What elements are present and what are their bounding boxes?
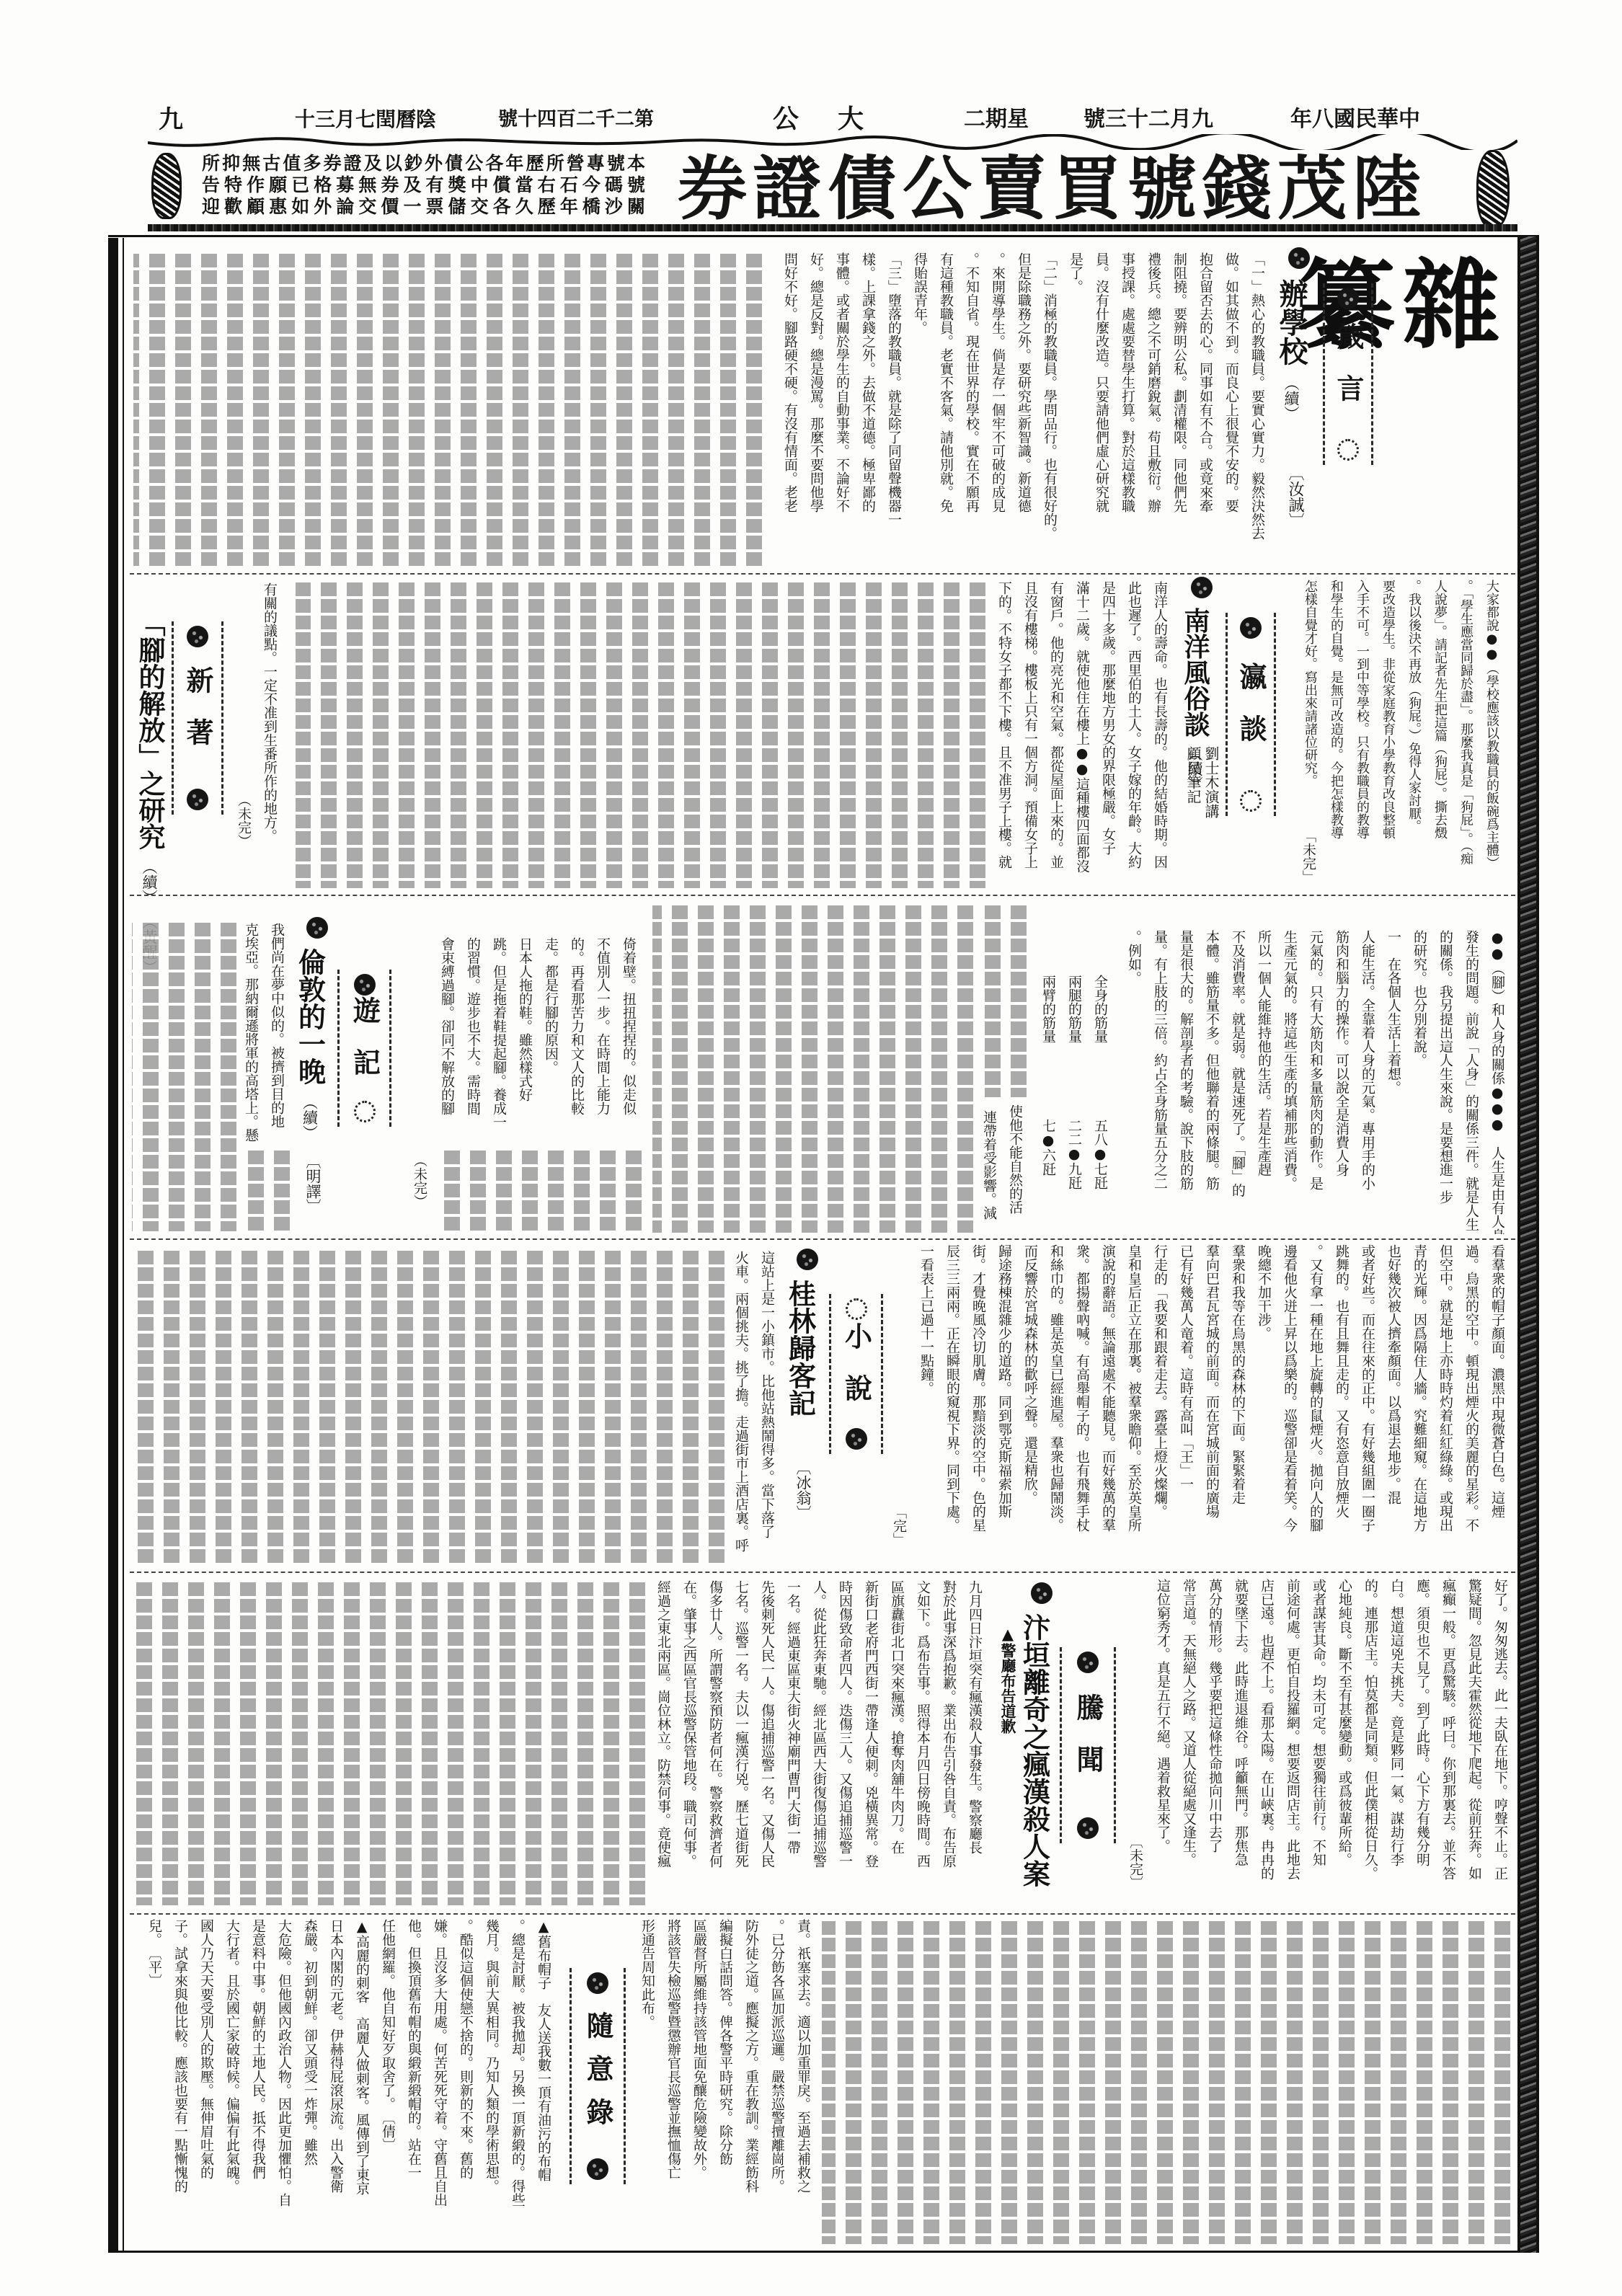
text-column: 好了。匆匆逃去。此一夫臥在地下。哼聲不止。正	[1487, 1579, 1513, 1909]
article-body-bianyuan-continued: 責。祇塞求去。適以加重罪戾。至過去補救之 。已分飭各區加派巡邏。嚴禁巡警擅離崗所…	[634, 1919, 816, 2245]
text-column: 的關係。我另提出這人生來說。是要想進一步	[1432, 930, 1458, 1234]
ring-ornament-icon	[846, 1298, 867, 1320]
text-column: 九月四日汴垣突有瘋漢殺人事發生。警察廳長	[962, 1580, 988, 1906]
news-subhead: ▲警廳布告道歉	[998, 1626, 1018, 1734]
text-column: 在。肇事之西區官長巡警保管地段。職司何事。	[676, 1580, 702, 1906]
illegible-text-block	[133, 254, 762, 567]
text-column: 傷多廿人。所謂警察預防者何在。警察救濟者何	[702, 1580, 728, 1906]
text-column: 量。有上肢的三倍。約占全身筋量五分之二	[1147, 930, 1173, 1234]
article-body-banxuexiao: 「一」熱心的教職員。要實心實力。毅然決然去 做。如其做不到。而良心上很覺不安的。…	[768, 252, 1270, 569]
table-label: 兩臂的筋量	[1035, 975, 1061, 1061]
column-header-label: 遊記	[349, 996, 381, 1100]
news-headline: 汴垣離奇之瘋漢殺人案	[1019, 1582, 1052, 1907]
roundel-ornament-icon	[846, 1428, 867, 1450]
column-header-xinzhu: 新著	[172, 621, 223, 815]
table-value-text: 五八●七瓩	[1087, 1119, 1113, 1205]
text-column: ●●（腳）和人身的關係●●● 人生是由有人身纔	[1484, 930, 1510, 1234]
text-column: 七名。巡警一名。夫以一瘋漢行兇。歷七道街死	[728, 1580, 754, 1906]
text-column: 森嚴。初到朝鮮。卻又頭受一炸彈。雖然	[297, 1919, 323, 2245]
text-fragment: 使他不能自然的活	[1002, 1104, 1028, 1234]
end-mark: （未完）	[231, 793, 257, 858]
table-label: 全身的筋量	[1087, 975, 1113, 1061]
table-value: 五八●七瓩	[1087, 1119, 1113, 1205]
text-column: 萬分的情形。幾乎要把這條性命拋向川中去了	[1202, 1579, 1228, 1909]
text-column: 元氣的。只有大筋肉和多量筋肉的動作。是	[1303, 930, 1329, 1234]
table-label-text: 兩腿的筋量	[1061, 975, 1087, 1061]
text-column: 不及消費率。就是弱。就是速死了。「腳」的	[1225, 930, 1251, 1234]
text-column: 走。都是行腳的原因。	[538, 937, 564, 1146]
frame-top-rule	[108, 235, 1539, 237]
illegible-text-block	[238, 1151, 290, 1231]
text-column: 滿十二歲。就使他住在樓上●●這種樓四面都沒	[1069, 581, 1095, 891]
table-value-text: 二二●九瓩	[1061, 1119, 1087, 1205]
text-column: 國人乃天天要受別人的欺壓。無伸眉吐氣的	[193, 1919, 219, 2245]
text-column: 。已分飭各區加派巡邏。嚴禁巡警擅離崗所。	[764, 1919, 790, 2245]
illegible-text-block	[296, 582, 985, 888]
text-column: 嫌。且沒多大用處。何苦死死守着。守舊且自出	[427, 1919, 453, 2245]
article-author: 〔明譯〕	[300, 1153, 326, 1214]
text-column: 就要墜下去。此時進退維谷。呼籲無門。那焦急	[1228, 1579, 1254, 1909]
text-column: 一名。經過東區東大街火神廟門曹門大街一帶	[780, 1580, 806, 1906]
text-column: 。不知自省。現在世界的學校。實在不願再	[959, 252, 985, 569]
article-body-nanyang: 南洋人的壽命。也有長壽的。他的結婚時期。因 此也遲了。西里伯的土人。女子嫁的年齡…	[991, 581, 1173, 891]
illegible-text-block	[652, 905, 973, 1233]
text-column: 員。沒有什麼改造。只要請他們虛心研究就	[1089, 252, 1114, 569]
flourish-ornament-icon	[151, 153, 182, 219]
text-column: 人說夢」。請記者先生把這篇（狗屁）。撕去燬	[1427, 580, 1453, 892]
column-header-xiaoshuo: 小說	[829, 1294, 883, 1454]
roundel-ornament-icon	[187, 789, 208, 810]
text-column: 我們尚在夢中似的。被擠到目的地	[264, 923, 290, 1146]
text-column: 是四十多歲。那麼地方男女的界限極嚴。女子	[1095, 581, 1121, 891]
end-mark-text: （未完）	[231, 793, 257, 858]
column-header-zhenyan: 箴言	[1323, 283, 1373, 465]
text-column: 。總是討厭。被我拋却。另換一頂新緞的。得些	[505, 1919, 531, 2245]
band-divider	[130, 1572, 1515, 1573]
text-column: 日本人拖的鞋。雖然樣式好	[512, 937, 538, 1146]
text-column: 或者謀害其命。均未可定。想要獨往前行。不知	[1306, 1579, 1331, 1909]
text-column: 日本內閣的元老。伊赫得屁滾尿流。出入警衛	[323, 1919, 349, 2245]
article-body-lundun-continued: 看羣衆的帽子顏面。濃黑中現微蒼白色。這煙 過。烏黑的空中。頓現出煙火的美麗的星彩…	[912, 1244, 1510, 1567]
roundel-ornament-icon	[1031, 1582, 1052, 1604]
text-column: 防外徒之道。應擬之方。重在教訓。業經飭科	[738, 1919, 764, 2245]
article-body-guilin-opening: 這站上是一小鎮市。比他站熱鬧得多。當下落了 火車。兩個挑夫。挑了擔。走過街市上酒…	[728, 1251, 780, 1565]
article-byline-nanyang: 劉士木演講 顧民筆記	[1182, 746, 1220, 869]
text-column: 他。但換頂舊布帽的與緞新緞帽的。站在一	[401, 1919, 427, 2245]
illegible-text-block	[434, 1151, 642, 1231]
text-column: 新街口老府門西街一帶逢人便刺。兇橫異常。登	[858, 1580, 884, 1906]
end-mark: 「未完」	[1295, 829, 1321, 890]
article-title: 桂林歸客記	[784, 1280, 816, 1417]
roundel-ornament-icon	[1240, 617, 1262, 639]
illegible-text-block	[822, 1921, 1510, 2244]
text-column: 常言道。天無絕人之路。又道人從絕處又逢生。	[1176, 1579, 1202, 1909]
text-column: 文如下。爲布告事。照得本月四日傍晚時間。西	[910, 1580, 936, 1906]
text-column: 好。總是反對。總是漫罵。那麼不要問他學	[803, 252, 829, 569]
dateline-republic-year: 中華民國八年	[1272, 105, 1420, 134]
roundel-ornament-icon	[587, 1972, 608, 1994]
band-divider	[130, 895, 1515, 896]
text-column: 皇和皇后正立在那裏。被羣衆瞻仰。至於英皇所	[1121, 1244, 1147, 1567]
dateline-issue-number: 第二千二百四十號	[484, 105, 654, 134]
text-column: 對於此事深爲抱歉。業出布告引咎自責。布告原	[936, 1580, 962, 1906]
text-column: 應。須臾也不見了。到了此時。心下方有幾分明	[1409, 1579, 1435, 1909]
flourish-ornament-icon	[1476, 150, 1510, 228]
text-column: 本體。雖筋量不多。但他聯着的兩條腿。筋	[1199, 930, 1225, 1234]
advert-line: 關沙橋年歷久各交儲票一價交論外如惠顧歡迎	[202, 196, 645, 218]
dateline-date: 九月二十三號	[1065, 105, 1213, 134]
band-divider	[130, 1913, 1515, 1915]
text-column: 心地純良。斷不至有甚麼變動。或爲彼輩所給。	[1331, 1579, 1357, 1909]
text-column: 南洋人的壽命。也有長壽的。他的結婚時期。因	[1147, 581, 1173, 891]
text-column: 經過之東北兩區。崗位林立。防禁何事。竟使瘋	[650, 1580, 676, 1906]
column-header-label: 新著	[182, 666, 213, 770]
text-column: 入手不可。一到中等學校。只有教職員的教導	[1349, 580, 1375, 892]
text-column: 瘋癲一般。更爲驚駭。呼曰。你到那裏去。並不答	[1435, 1579, 1461, 1909]
band-divider	[130, 1238, 1515, 1240]
table-value-text: 七●六瓩	[1035, 1119, 1061, 1205]
advert-title: 陸茂錢號買賣公債證券	[674, 147, 1427, 231]
article-title: 倫敦的一晚	[294, 948, 326, 1085]
text-column: 幾月。與前大異相同。乃知人類的學術思想。	[479, 1919, 505, 2245]
text-column: 羣衆和我等在烏黑的森林的下面。緊緊着走	[1225, 1244, 1251, 1567]
text-column: 時因傷致命者四人。迭傷三人。又傷追捕巡警一	[832, 1580, 858, 1906]
article-body-jiao: ●●（腳）和人身的關係●●● 人生是由有人身纔 發生的問題。前說「人身」的關係三…	[1121, 930, 1510, 1234]
end-mark-text: （未完）	[407, 1153, 433, 1225]
text-column: 街。才覺晚風冷切肌膚。那黯淡的空中。色的星	[965, 1244, 991, 1567]
frame-right-decorative-border	[1517, 236, 1539, 2253]
advert-bottom-band	[148, 224, 1517, 231]
table-label-text: 全身的筋量	[1087, 975, 1113, 1061]
column-header-label: 瀛談	[1235, 662, 1267, 766]
text-column: 先後刺死人民一人。傷追捕巡警一名。又傷人民	[754, 1580, 780, 1906]
text-column: 量是很大的。解剖學者的考驗。說下肢的筋	[1173, 930, 1199, 1234]
text-column: 歸途務棟混雜少的道路。同到鄂克斯福索加斯	[991, 1244, 1017, 1567]
text-column: 「三」墮落的教職員。就是除了同留聲機器一	[881, 252, 907, 569]
text-column: 筋肉和腦力的操作。可以說全是消費人身	[1329, 930, 1355, 1234]
text-column: 。「學生應當同歸於盡」。那麼我真是「狗屁」。（痴	[1453, 580, 1479, 892]
text-column: 要改造學生。非從家庭教育小學教育改良整頓	[1375, 580, 1401, 892]
article-title: 辦學校	[1275, 279, 1308, 365]
column-header-label: 箴言	[1332, 322, 1364, 426]
text-column: 得貽誤青年。	[907, 252, 933, 569]
text-column: 人能生活。全靠着人身的元氣。專用手的小	[1355, 930, 1381, 1234]
illegible-text-block	[976, 905, 1027, 1097]
text-column: 。我以後決不再放（狗屁。）免得人家討厭。	[1401, 580, 1427, 892]
article-body-bianyuan: 九月四日汴垣突有瘋漢殺人事發生。警察廳長 對於此事深爲抱歉。業出布告引咎自責。布…	[649, 1580, 988, 1906]
text-column: 。來開導學生。倘是存一個牢不可破的成見	[985, 252, 1011, 569]
text-column: 這站上是一小鎮市。比他站熱鬧得多。當下落了	[754, 1251, 780, 1565]
table-value: 二二●九瓩	[1061, 1119, 1087, 1205]
text-column: 晚總不加干涉。	[1251, 1244, 1277, 1567]
text-column: 使他不能自然的活	[1002, 1104, 1028, 1234]
text-column: 大危險。但他國內政治人物。因此更加懼怕。自	[271, 1919, 297, 2245]
column-header-tengwen: 騰聞	[1060, 1647, 1116, 1843]
text-column: 跳。但是拖着鞋提起腳。養成一	[486, 937, 512, 1146]
text-column: ▲高麗的刺客 高麗人做刺客。風傳到了東京	[349, 1919, 375, 2245]
table-label-text: 兩臂的筋量	[1035, 975, 1061, 1061]
paper-name-char-2: 公	[773, 105, 799, 134]
column-header-label: 小說	[841, 1322, 872, 1426]
roundel-ornament-icon	[1077, 1817, 1099, 1839]
text-column: 驚疑間。忽見此夫霍然從地下爬起。從前狂奔。如	[1461, 1579, 1487, 1909]
frame-left-border	[108, 238, 118, 2253]
roundel-ornament-icon	[306, 917, 328, 939]
text-column: 的研究。也分別着說。	[1406, 930, 1432, 1234]
text-column: 而反響於宮城森林的歡呼之聲。還是精欣。	[1017, 1244, 1043, 1567]
speaker-name: 劉士木演講	[1202, 746, 1220, 869]
frame-bottom-rule	[108, 2251, 1539, 2253]
article-title-guilin: 桂林歸客記	[788, 1249, 818, 1422]
article-ending-jiao: 倚着壁。扭扭捏捏的。似走似 不值別人一步。在時間上能力 的。再看那苦力和文人的比…	[434, 937, 642, 1146]
text-column: 的。再看那苦力和文人的比較	[564, 937, 590, 1146]
roundel-ornament-icon	[354, 974, 376, 996]
text-column: 編擬白話問答。俾各警平時研究。除分飭	[712, 1919, 738, 2245]
text-column: 店已遠。也趕不上。看那太陽。在山峽裏。冉冉的	[1254, 1579, 1280, 1909]
text-column: ▲舊布帽子 友人送我數一頂有油污的布帽	[531, 1919, 557, 2245]
illegible-text-block	[132, 1582, 645, 1905]
text-column: 形通告周知此布。	[634, 1919, 660, 2245]
end-mark: 「完」	[886, 1505, 912, 1563]
continued-label: （續）	[1282, 376, 1300, 421]
frame-left-thin-rule	[123, 238, 124, 2253]
text-column: 且沒有樓梯。樓板上只有一個方洞。預備女子上	[1017, 581, 1043, 891]
text-column: 不值別人一步。在時間上能力	[590, 937, 616, 1146]
text-column: 但是除職務之外。要研究些新智識。新道德	[1011, 252, 1037, 569]
article-body-guilin-continued: 好了。匆匆逃去。此一夫臥在地下。哼聲不止。正 驚疑間。忽見此夫霍然從地下爬起。從…	[1150, 1579, 1513, 1909]
advert-line: 本號專營所歷年各公債外鈔以及證券多值古無抑所	[202, 153, 645, 174]
text-column: 制阻撓。要辨明公私。劃清權限。同他們先	[1166, 252, 1192, 569]
text-column: 火車。兩個挑夫。挑了擔。走過街市上酒店裏。呼	[728, 1251, 754, 1565]
text-column: 所以一個人能維持他的生活。若是生產趕	[1251, 930, 1277, 1234]
dateline-weekday: 星期二	[953, 105, 1029, 134]
text-column: 看羣衆的帽子顏面。濃黑中現微蒼白色。這煙	[1484, 1244, 1510, 1567]
text-column: 前途何處。更怕自投羅網。想要返問店主。此地去	[1280, 1579, 1306, 1909]
text-column: 有關的議點。一定不准到生番所作的地方。	[257, 582, 283, 889]
text-fragment: 連帶着受影響。減	[976, 1110, 1002, 1234]
text-column: 一看表上已過十一點鐘。	[913, 1244, 939, 1567]
text-column: 行走的「我要和跟着走去。露臺上燈火燦爛。	[1147, 1244, 1173, 1567]
article-tail-nanyang: 有關的議點。一定不准到生番所作的地方。	[257, 582, 283, 889]
recorder-name: 顧民筆記	[1184, 746, 1202, 869]
roundel-ornament-icon	[1191, 577, 1213, 598]
text-column: 或者好些。而在往來的正中。有好幾組圍一圈子	[1355, 1244, 1381, 1567]
article-body-lundun-opening: 我們尚在夢中似的。被擠到目的地 克埃亞。那納爾遜將軍的高塔上。懸	[238, 923, 290, 1146]
paper-name-char-1: 大	[838, 105, 864, 134]
text-column: 有窗戶。他的亮光和空氣。都從屋面上來的。並	[1043, 581, 1069, 891]
dateline-lunar-date: 陰曆閏七月三十	[260, 105, 436, 134]
table-label: 兩腿的筋量	[1061, 975, 1087, 1061]
roundel-ornament-icon	[797, 1249, 818, 1270]
article-body-suiyilu: ▲舊布帽子 友人送我數一頂有油污的布帽 。總是討厭。被我拋却。另換一頂新緞的。得…	[141, 1919, 557, 2245]
text-column: 做。如其做不到。而良心上很覺不安的。要	[1218, 252, 1244, 569]
text-column: 子。試拿來與他比較。應該也要有一點慚愧的	[167, 1919, 193, 2245]
text-column: 過。烏黑的空中。頓現出煙火的美麗的星彩。不	[1458, 1244, 1484, 1567]
ring-ornament-icon	[1240, 790, 1262, 812]
text-column: 和絲巾的。雖是英皇已經進屋。羣衆也歸鬧淡。	[1043, 1244, 1069, 1567]
text-column: 抱合留否去的心。同事如有不合。或竟來牽	[1192, 252, 1218, 569]
roundel-ornament-icon	[187, 626, 208, 647]
text-column: 白。想道這兇夫挑夫。竟是夥同一氣。謀劫行李	[1383, 1579, 1409, 1909]
article-title: 南洋風俗談	[1180, 608, 1210, 737]
text-column: 會束縛過腳。卻同不解放的腳	[434, 937, 460, 1146]
text-column: 區嚴督所屬維持該管地面免釀危險變故外。	[686, 1919, 712, 2245]
article-author: 〔汝誠〕	[1282, 465, 1308, 528]
text-column: 有這種教職員。老實不客氣。請他別就。免	[933, 252, 959, 569]
column-header-yingtan: 瀛談	[1226, 613, 1276, 816]
ring-ornament-icon	[354, 1101, 376, 1122]
column-header-youji: 遊記	[337, 970, 391, 1127]
text-column: 跳舞的。也有且舞且走的。又有恣意自放煙火	[1329, 1244, 1355, 1567]
section-title: 雜纂	[1391, 254, 1496, 542]
text-column: 人。從此狂奔東馳。經北區西大街復傷追捕巡警	[806, 1580, 832, 1906]
column-header-label: 隨意錄	[582, 2011, 613, 2141]
roundel-ornament-icon	[587, 2158, 608, 2180]
text-column: 區旗纛街北口突來瘋漢。搶奪肉舖牛肉刀。在	[884, 1580, 910, 1906]
article-body-zhenyan: 大家都說●●（學校應該以教職員的飯碗爲主體） 。「學生應當同歸於盡」。那麼我真是…	[1294, 580, 1504, 892]
text-column: 責。祇塞求去。適以加重罪戾。至過去補救之	[790, 1919, 816, 2245]
text-column: 是了。	[1063, 252, 1089, 569]
text-column: 。又有拿一種在地上旋轉的鼠煙火。拋向人的腳	[1303, 1244, 1329, 1567]
headline-text: 汴垣離奇之瘋漢殺人案	[1019, 1613, 1050, 1887]
text-column: 邊看他火迸上昇以爲樂的。巡警卻是看着笑。今	[1277, 1244, 1303, 1567]
text-column: 大家都說●●（學校應該以教職員的飯碗爲主體）	[1479, 580, 1504, 892]
text-column: 。酷似這個使戀不捨的。則新的不來。舊的	[453, 1919, 479, 2245]
text-column: 禮後兵。總之不可銷磨銳氣。苟且敷衍。辦	[1140, 252, 1166, 569]
end-mark: （未完）	[407, 1153, 433, 1225]
column-header-suiyilu: 隨意錄	[570, 1968, 626, 2184]
text-column: 問好不好。腳路硬不硬。有沒有情面。老老	[777, 252, 803, 569]
text-column: 「一」熱心的教職員。要實心實力。毅然決然去	[1244, 252, 1270, 569]
text-column: 已有好幾萬人竜着。這時有高叫「王」一	[1173, 1244, 1199, 1567]
text-column: 大行者。且於國亡家破時候。偏偏有此氣魄。	[219, 1919, 245, 2245]
article-title-lundun: 倫敦的一晚 （續）	[298, 917, 328, 1133]
end-mark-text: 「完」	[886, 1505, 912, 1563]
article-author: 〔冰翁〕	[790, 1460, 816, 1520]
text-column: 事授課。處處要替學生打算。對於這樣教職	[1114, 252, 1140, 569]
band-divider	[130, 573, 1515, 575]
text-column: 是意料中事。朝鮮的土地人民。抵不得我們	[245, 1919, 271, 2245]
newspaper-page: 中華民國八年 九月二十三號 星期二 大 公 第二千二百四十號 陰曆閏七月三十 九…	[0, 0, 1622, 2296]
text-column: 兒。 〔平〕	[141, 1919, 167, 2245]
article-title-nanyang: 南洋風俗談 （續）	[1182, 577, 1213, 743]
roundel-ornament-icon	[1337, 288, 1359, 309]
text-column: 此也遲了。西里伯的土人。女子嫁的年齡。大約	[1121, 581, 1147, 891]
text-column: 克埃亞。那納爾遜將軍的高塔上。懸	[238, 923, 264, 1146]
ring-ornament-icon	[1337, 439, 1359, 461]
continued-label: （續）	[141, 859, 158, 905]
text-column: 倚着壁。扭扭捏捏的。似走似	[616, 937, 642, 1146]
text-column: 和學生的自覺。是無可改造的。今把怎樣教導	[1323, 580, 1349, 892]
text-column: 任他網羅。他自知好歹取舍了。 〔倩〕	[375, 1919, 401, 2245]
end-mark: 〔未完〕	[1122, 1835, 1148, 1903]
end-mark-text: 「未完」	[1295, 829, 1321, 890]
article-title: 「腳的解放」之研究	[134, 610, 165, 850]
roundel-ornament-icon	[1288, 247, 1310, 269]
article-title-jiao: 「腳的解放」之研究 （續） （黃醒）	[133, 610, 166, 887]
advert-line: 號碼今石右當償中獎有及券無募格已願作特告	[202, 174, 645, 196]
table-value: 七●六瓩	[1035, 1119, 1061, 1205]
text-column: 一 在各個人生活上着想。	[1381, 930, 1406, 1234]
illegible-text-block	[132, 1251, 724, 1564]
text-column: 樣。上課拿錢之外。去做不道德。極卑鄙的	[855, 252, 881, 569]
text-column: 辰三三兩兩。正在瞬眼的窺視下界。同到下處。	[939, 1244, 965, 1567]
text-column: 羣向巴君瓦宮城的前面。而在宮城前面的廣場	[1199, 1244, 1225, 1567]
roundel-ornament-icon	[1077, 1652, 1099, 1673]
text-column: 但空中。就是地上亦時時灼着紅紅綠綠。或現出	[1432, 1244, 1458, 1567]
article-title-banxuexiao: 辦學校 （續）	[1278, 247, 1310, 464]
column-header-label: 騰聞	[1072, 1693, 1104, 1797]
text-column: 事體。或者關於學生的自動事業。不論好不	[829, 252, 855, 569]
text-column: 演說的辭語。無論遠處不能聽見。而好幾萬的羣	[1095, 1244, 1121, 1567]
text-column: 生產元氣的。將這些生產的填補那些消費。	[1277, 930, 1303, 1234]
text-column: 發生的問題。前說「人身」的關係三件。就是人生	[1458, 930, 1484, 1234]
text-column: 的習慣。遊步也不大。需時間	[460, 937, 486, 1146]
text-column: 衆。都揚聲吶喊。有高舉帽子的。也有飛舞手杖	[1069, 1244, 1095, 1567]
illegible-text-block	[132, 923, 236, 1231]
text-column: 下的。不特女子都不下樓。且不准男子上樓。就	[991, 581, 1017, 891]
end-mark-text: 〔未完〕	[1122, 1835, 1148, 1903]
text-column: 這位窮秀才。真是五行不絕。遇着救星來了。	[1150, 1579, 1176, 1909]
text-column: 連帶着受影響。減	[976, 1110, 1002, 1234]
continued-label: （續）	[301, 1094, 319, 1140]
text-column: 的。連那店主。怕莫都是同類。但此僕相從日久。	[1357, 1579, 1383, 1909]
text-column: 也好幾次被人擠牽顏面。以爲退去地步。混	[1381, 1244, 1406, 1567]
text-column: 「二」消極的教職員。學問品行。也有很好的。	[1037, 252, 1063, 569]
text-column: 將該管失檢巡警暨懲辦官長巡警並撫恤傷亡	[660, 1919, 686, 2245]
text-column: 青的光輝。因爲隔住人牆。究難細窺。在這地方	[1406, 1244, 1432, 1567]
page-marker: 九	[159, 105, 183, 134]
text-column: 。例如。	[1121, 930, 1147, 1234]
